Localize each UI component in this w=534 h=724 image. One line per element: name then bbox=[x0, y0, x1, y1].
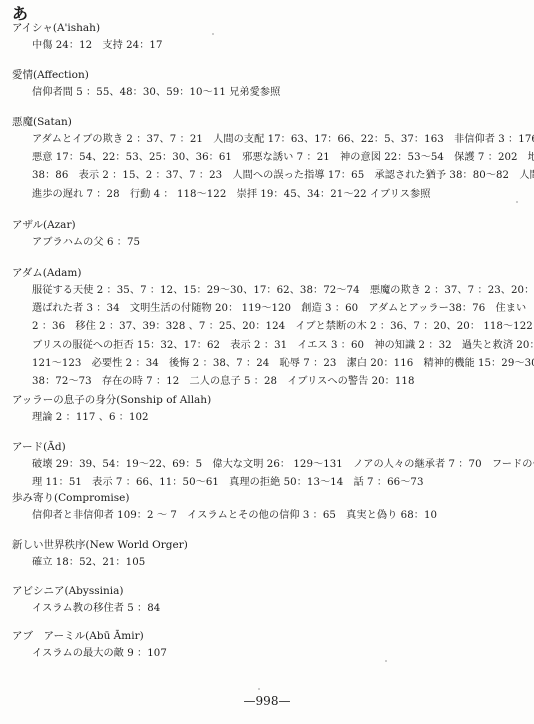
reference-line: 選ばれた者 3 ：34 文明生活の付随物 20： 119～120 創造 3 ：6… bbox=[32, 300, 524, 318]
index-page: あ アイシャ(A'ishah) 中傷 24：12 支持 24：17 愛情(Aff… bbox=[0, 0, 534, 724]
scan-speck bbox=[385, 660, 387, 662]
entry-heading: アビシニア(Abyssinia) bbox=[12, 582, 524, 600]
reference-line: ブリスの服従への拒否 15：32、17：62 表示 2 ：31 イエス 3 ：6… bbox=[32, 337, 524, 355]
scan-speck bbox=[258, 688, 260, 690]
entry-heading: 悪魔(Satan) bbox=[12, 113, 524, 131]
index-entry-aishah: アイシャ(A'ishah) 中傷 24：12 支持 24：17 bbox=[12, 19, 524, 55]
reference-line: 理論 2 ：117 、6 ：102 bbox=[32, 409, 524, 427]
reference-line: 進歩の遅れ 7 ：28 行動 4 ： 118～122 崇拝 19：45、34：2… bbox=[32, 186, 524, 204]
index-entry-compromise: 歩み寄り(Compromise) 信仰者と非信仰者 109：2 ～ 7 イスラム… bbox=[12, 489, 524, 525]
index-entry-abu-amir: アブ アーミル(Abū Āmir) イスラムの最大の敵 9 ：107 bbox=[12, 627, 524, 663]
page-number: —998— bbox=[0, 694, 534, 708]
entry-references: 中傷 24：12 支持 24：17 bbox=[12, 37, 524, 55]
reference-line: アブラハムの父 6 ：75 bbox=[32, 234, 524, 252]
entry-references: アブラハムの父 6 ：75 bbox=[12, 234, 524, 252]
reference-line: 中傷 24：12 支持 24：17 bbox=[32, 37, 524, 55]
index-entry-satan: 悪魔(Satan) アダムとイブの欺き 2 ：37、7 ：21 人間の支配 17… bbox=[12, 113, 524, 204]
index-entry-sonship-of-allah: アッラーの息子の身分(Sonship of Allah) 理論 2 ：117 、… bbox=[12, 391, 524, 427]
reference-line: 信仰者と非信仰者 109：2 ～ 7 イスラムとその他の信仰 3 ：65 真実と… bbox=[32, 507, 524, 525]
reference-line: 服従する天使 2 ：35、7 ：12、15：29～30、17：62、38：72～… bbox=[32, 282, 524, 300]
entry-references: 服従する天使 2 ：35、7 ：12、15：29～30、17：62、38：72～… bbox=[12, 282, 524, 391]
entry-heading: アダム(Adam) bbox=[12, 264, 524, 282]
entry-references: 信仰者と非信仰者 109：2 ～ 7 イスラムとその他の信仰 3 ：65 真実と… bbox=[12, 507, 524, 525]
scan-speck bbox=[212, 33, 214, 35]
entry-heading: 歩み寄り(Compromise) bbox=[12, 489, 524, 507]
reference-line: 確立 18：52、21：105 bbox=[32, 554, 524, 572]
entry-heading: アイシャ(A'ishah) bbox=[12, 19, 524, 37]
entry-references: イスラム教の移住者 5 ：84 bbox=[12, 600, 524, 618]
reference-line: 2 ：36 移住 2 ：37、39：328 、7 ：25、20：124 イブと禁… bbox=[32, 318, 524, 336]
entry-heading: アード(Ād) bbox=[12, 438, 524, 456]
entry-references: 確立 18：52、21：105 bbox=[12, 554, 524, 572]
index-entry-new-world-order: 新しい世界秩序(New World Orger) 確立 18：52、21：105 bbox=[12, 536, 524, 572]
reference-line: アダムとイブの欺き 2 ：37、7 ：21 人間の支配 17：63、17：66、… bbox=[32, 131, 524, 149]
entry-references: アダムとイブの欺き 2 ：37、7 ：21 人間の支配 17：63、17：66、… bbox=[12, 131, 524, 204]
reference-line: 38：72～73 存在の時 7 ：12 二人の息子 5 ：28 イブリスへの警告… bbox=[32, 373, 524, 391]
reference-line: 121～123 必要性 2 ：34 後悔 2 ：38、7 ：24 恥辱 7 ：2… bbox=[32, 355, 524, 373]
entry-heading: アザル(Azar) bbox=[12, 216, 524, 234]
entry-heading: アブ アーミル(Abū Āmir) bbox=[12, 627, 524, 645]
reference-line: 信仰者間 5 ：55、48：30、59：10～11 兄弟愛参照 bbox=[32, 84, 524, 102]
index-entry-adam: アダム(Adam) 服従する天使 2 ：35、7 ：12、15：29～30、17… bbox=[12, 264, 524, 391]
index-entry-affection: 愛情(Affection) 信仰者間 5 ：55、48：30、59：10～11 … bbox=[12, 66, 524, 102]
entry-heading: アッラーの息子の身分(Sonship of Allah) bbox=[12, 391, 524, 409]
reference-line: イスラム教の移住者 5 ：84 bbox=[32, 600, 524, 618]
entry-references: イスラムの最大の敵 9 ：107 bbox=[12, 645, 524, 663]
entry-references: 理論 2 ：117 、6 ：102 bbox=[12, 409, 524, 427]
reference-line: 破壊 29：39、54：19～22、69：5 偉大な文明 26： 129～131… bbox=[32, 456, 524, 474]
scan-speck bbox=[516, 201, 518, 203]
reference-line: 悪意 17：54、22：53、25：30、36：61 邪悪な誘い 7 ：21 神… bbox=[32, 149, 524, 167]
index-entry-abyssinia: アビシニア(Abyssinia) イスラム教の移住者 5 ：84 bbox=[12, 582, 524, 618]
entry-heading: 新しい世界秩序(New World Orger) bbox=[12, 536, 524, 554]
entry-references: 信仰者間 5 ：55、48：30、59：10～11 兄弟愛参照 bbox=[12, 84, 524, 102]
reference-line: イスラムの最大の敵 9 ：107 bbox=[32, 645, 524, 663]
entry-references: 破壊 29：39、54：19～22、69：5 偉大な文明 26： 129～131… bbox=[12, 456, 524, 492]
reference-line: 38：86 表示 2 ：15、2 ：37、7 ：23 人間への誤った指導 17：… bbox=[32, 167, 524, 185]
index-entry-azar: アザル(Azar) アブラハムの父 6 ：75 bbox=[12, 216, 524, 252]
entry-heading: 愛情(Affection) bbox=[12, 66, 524, 84]
index-entry-ad: アード(Ād) 破壊 29：39、54：19～22、69：5 偉大な文明 26：… bbox=[12, 438, 524, 492]
